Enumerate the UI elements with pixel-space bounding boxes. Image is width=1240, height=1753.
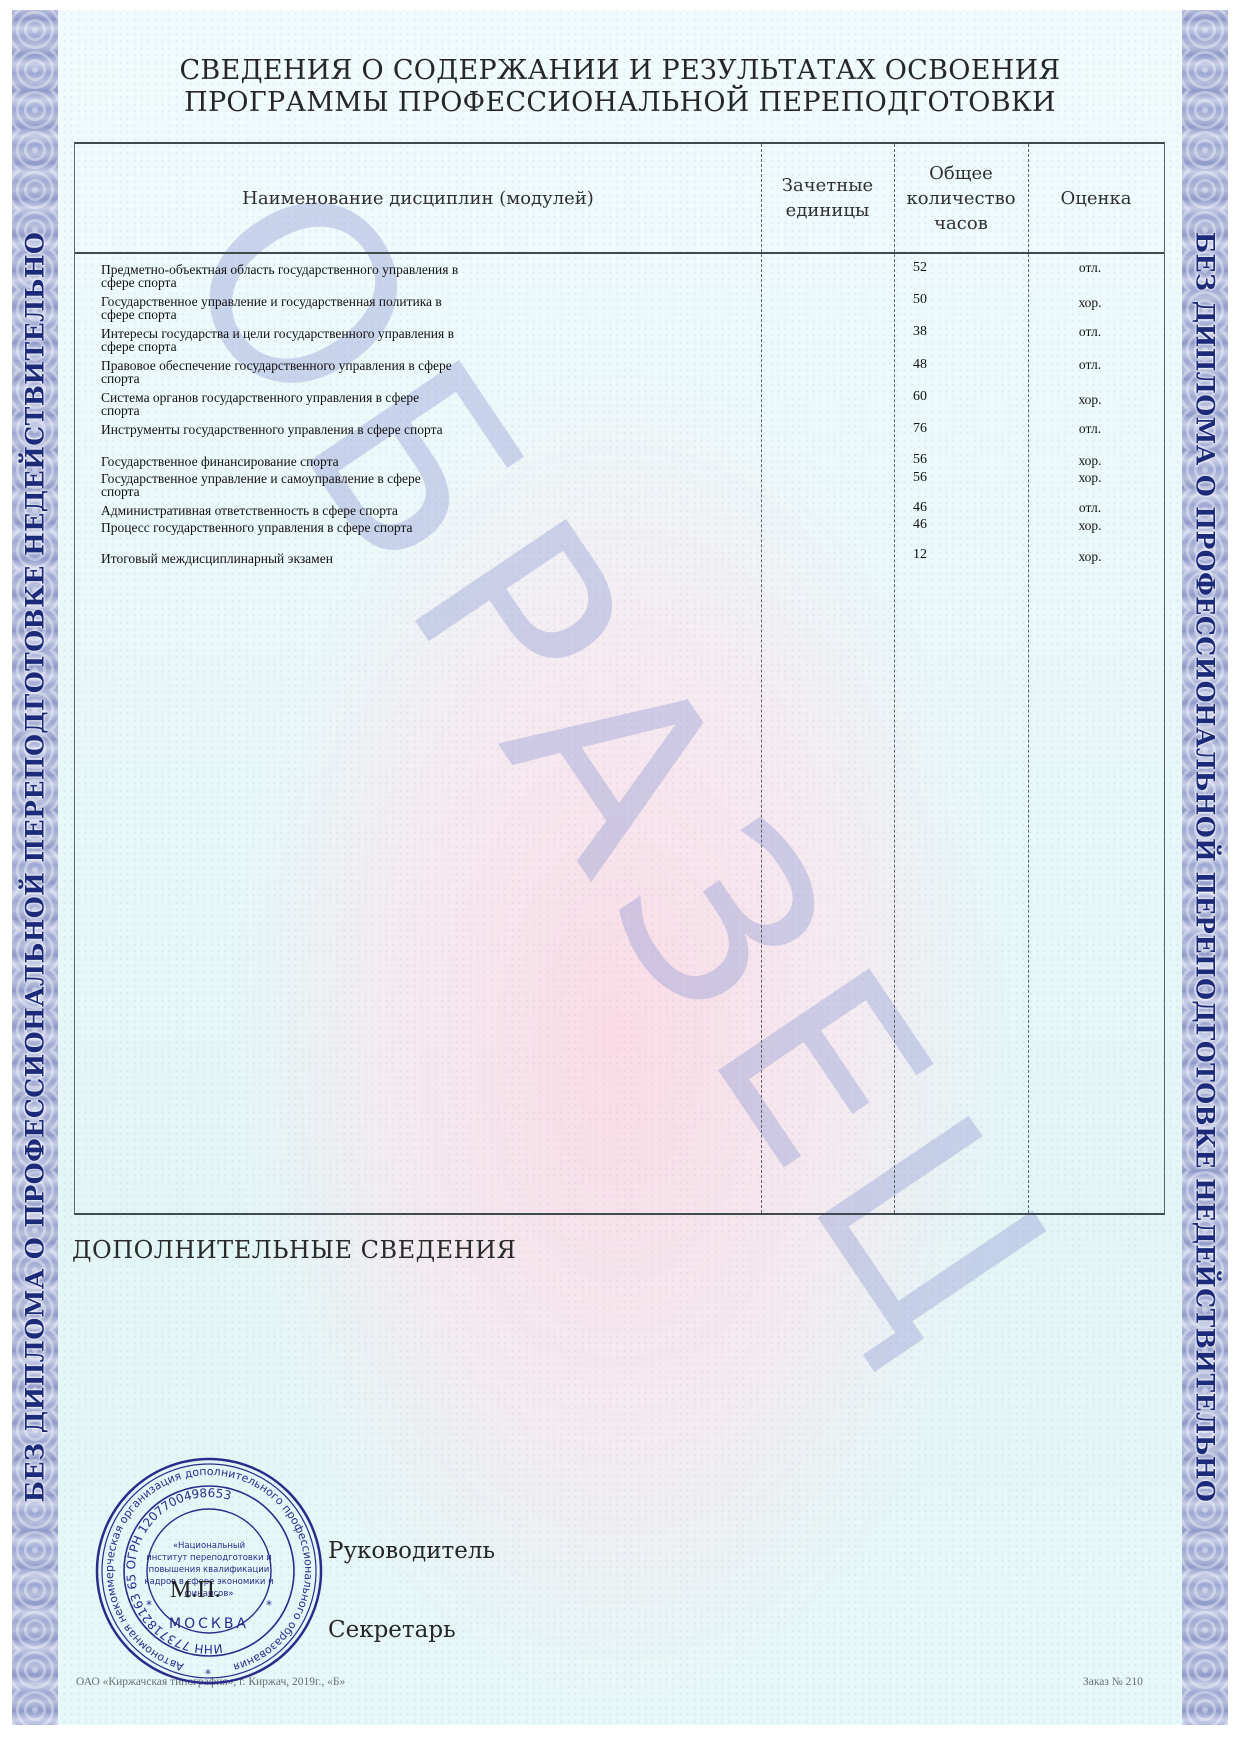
header-credits: Зачетные единицы — [761, 144, 894, 252]
head-signature-label: Руководитель — [328, 1538, 495, 1564]
additional-info-heading: ДОПОЛНИТЕЛЬНЫЕ СВЕДЕНИЯ — [72, 1236, 516, 1264]
organization-stamp: Автономная некоммерческая организация до… — [94, 1456, 324, 1686]
discipline-grade: отл. — [1035, 422, 1145, 436]
discipline-hours: 60 — [895, 390, 945, 404]
discipline-name: Государственное управление и государстве… — [101, 296, 461, 321]
discipline-grade: хор. — [1035, 550, 1145, 564]
title-line-1: СВЕДЕНИЯ О СОДЕРЖАНИИ И РЕЗУЛЬТАТАХ ОСВО… — [0, 55, 1240, 87]
discipline-hours: 52 — [895, 261, 945, 275]
table-row: Процесс государственного управления в сф… — [75, 522, 1164, 552]
right-security-border: БЕЗ ДИПЛОМА О ПРОФЕССИОНАЛЬНОЙ ПЕРЕПОДГО… — [1182, 10, 1228, 1725]
discipline-hours: 50 — [895, 293, 945, 307]
stamp-center-line-2: институт переподготовки и — [146, 1553, 272, 1563]
discipline-grade: отл. — [1035, 261, 1145, 275]
discipline-name: Предметно-объектная область государствен… — [101, 264, 461, 289]
discipline-name: Государственное управление и самоуправле… — [101, 473, 461, 498]
table-row: Государственное управление и самоуправле… — [75, 473, 1164, 503]
header-hours-line-3: часов — [934, 211, 988, 236]
discipline-hours: 56 — [895, 471, 945, 485]
order-number: Заказ № 210 — [1083, 1676, 1143, 1688]
header-divider — [75, 252, 1164, 254]
header-discipline-name: Наименование дисциплин (модулей) — [75, 144, 761, 252]
table-row: Инструменты государственного управления … — [75, 424, 1164, 454]
stamp-center-line-1: «Национальный — [173, 1541, 245, 1551]
discipline-hours: 46 — [895, 501, 945, 515]
discipline-grade: хор. — [1035, 471, 1145, 485]
seal-place-label: М.П. — [170, 1577, 221, 1604]
discipline-grade: отл. — [1035, 358, 1145, 372]
discipline-hours: 48 — [895, 358, 945, 372]
header-total-hours: Общее количество часов — [894, 144, 1028, 252]
header-grade: Оценка — [1028, 144, 1164, 252]
discipline-hours: 38 — [895, 325, 945, 339]
discipline-name: Система органов государственного управле… — [101, 392, 461, 417]
secretary-signature-label: Секретарь — [328, 1617, 456, 1643]
discipline-hours: 46 — [895, 518, 945, 532]
header-hours-line-2: количество — [906, 186, 1015, 211]
table-row: Итоговый междисциплинарный экзамен 12 хо… — [75, 553, 1164, 583]
discipline-hours: 12 — [895, 548, 945, 562]
discipline-grade: хор. — [1035, 296, 1145, 310]
discipline-name: Интересы государства и цели государствен… — [101, 328, 461, 353]
table-row: Интересы государства и цели государствен… — [75, 328, 1164, 358]
stamp-star-icon: * — [266, 1598, 272, 1612]
stamp-center-line-3: повышения квалификации — [149, 1565, 270, 1575]
header-hours-line-1: Общее — [929, 161, 993, 186]
discipline-name: Государственное финансирование спорта — [101, 456, 461, 469]
stamp-city: МОСКВА — [169, 1616, 249, 1632]
page-title: СВЕДЕНИЯ О СОДЕРЖАНИИ И РЕЗУЛЬТАТАХ ОСВО… — [0, 55, 1240, 119]
discipline-hours: 56 — [895, 453, 945, 467]
table-row: Правовое обеспечение государственного уп… — [75, 360, 1164, 390]
discipline-grade: отл. — [1035, 501, 1145, 515]
discipline-grade: хор. — [1035, 519, 1145, 533]
discipline-grade: отл. — [1035, 325, 1145, 339]
stamp-star-icon: * — [205, 1667, 211, 1681]
discipline-grade: хор. — [1035, 393, 1145, 407]
left-security-border: БЕЗ ДИПЛОМА О ПРОФЕССИОНАЛЬНОЙ ПЕРЕПОДГО… — [12, 10, 58, 1725]
discipline-name: Административная ответственность в сфере… — [101, 505, 461, 518]
header-credits-line-1: Зачетные — [782, 173, 873, 198]
header-credits-line-2: единицы — [786, 198, 870, 223]
discipline-hours: 76 — [895, 422, 945, 436]
right-border-text: БЕЗ ДИПЛОМА О ПРОФЕССИОНАЛЬНОЙ ПЕРЕПОДГО… — [1191, 232, 1220, 1503]
table-row: Система органов государственного управле… — [75, 392, 1164, 422]
disciplines-table: Наименование дисциплин (модулей) Зачетны… — [74, 142, 1165, 1215]
table-row: Предметно-объектная область государствен… — [75, 264, 1164, 294]
table-row: Государственное управление и государстве… — [75, 296, 1164, 326]
discipline-name: Процесс государственного управления в сф… — [101, 522, 461, 535]
stamp-star-icon: * — [146, 1598, 152, 1612]
discipline-name: Итоговый междисциплинарный экзамен — [101, 553, 461, 566]
header-grade-label: Оценка — [1061, 186, 1132, 211]
left-border-text: БЕЗ ДИПЛОМА О ПРОФЕССИОНАЛЬНОЙ ПЕРЕПОДГО… — [21, 232, 50, 1503]
discipline-grade: хор. — [1035, 454, 1145, 468]
discipline-name: Правовое обеспечение государственного уп… — [101, 360, 461, 385]
title-line-2: ПРОГРАММЫ ПРОФЕССИОНАЛЬНОЙ ПЕРЕПОДГОТОВК… — [0, 87, 1240, 119]
discipline-name: Инструменты государственного управления … — [101, 424, 461, 437]
header-discipline-name-label: Наименование дисциплин (модулей) — [242, 186, 594, 211]
